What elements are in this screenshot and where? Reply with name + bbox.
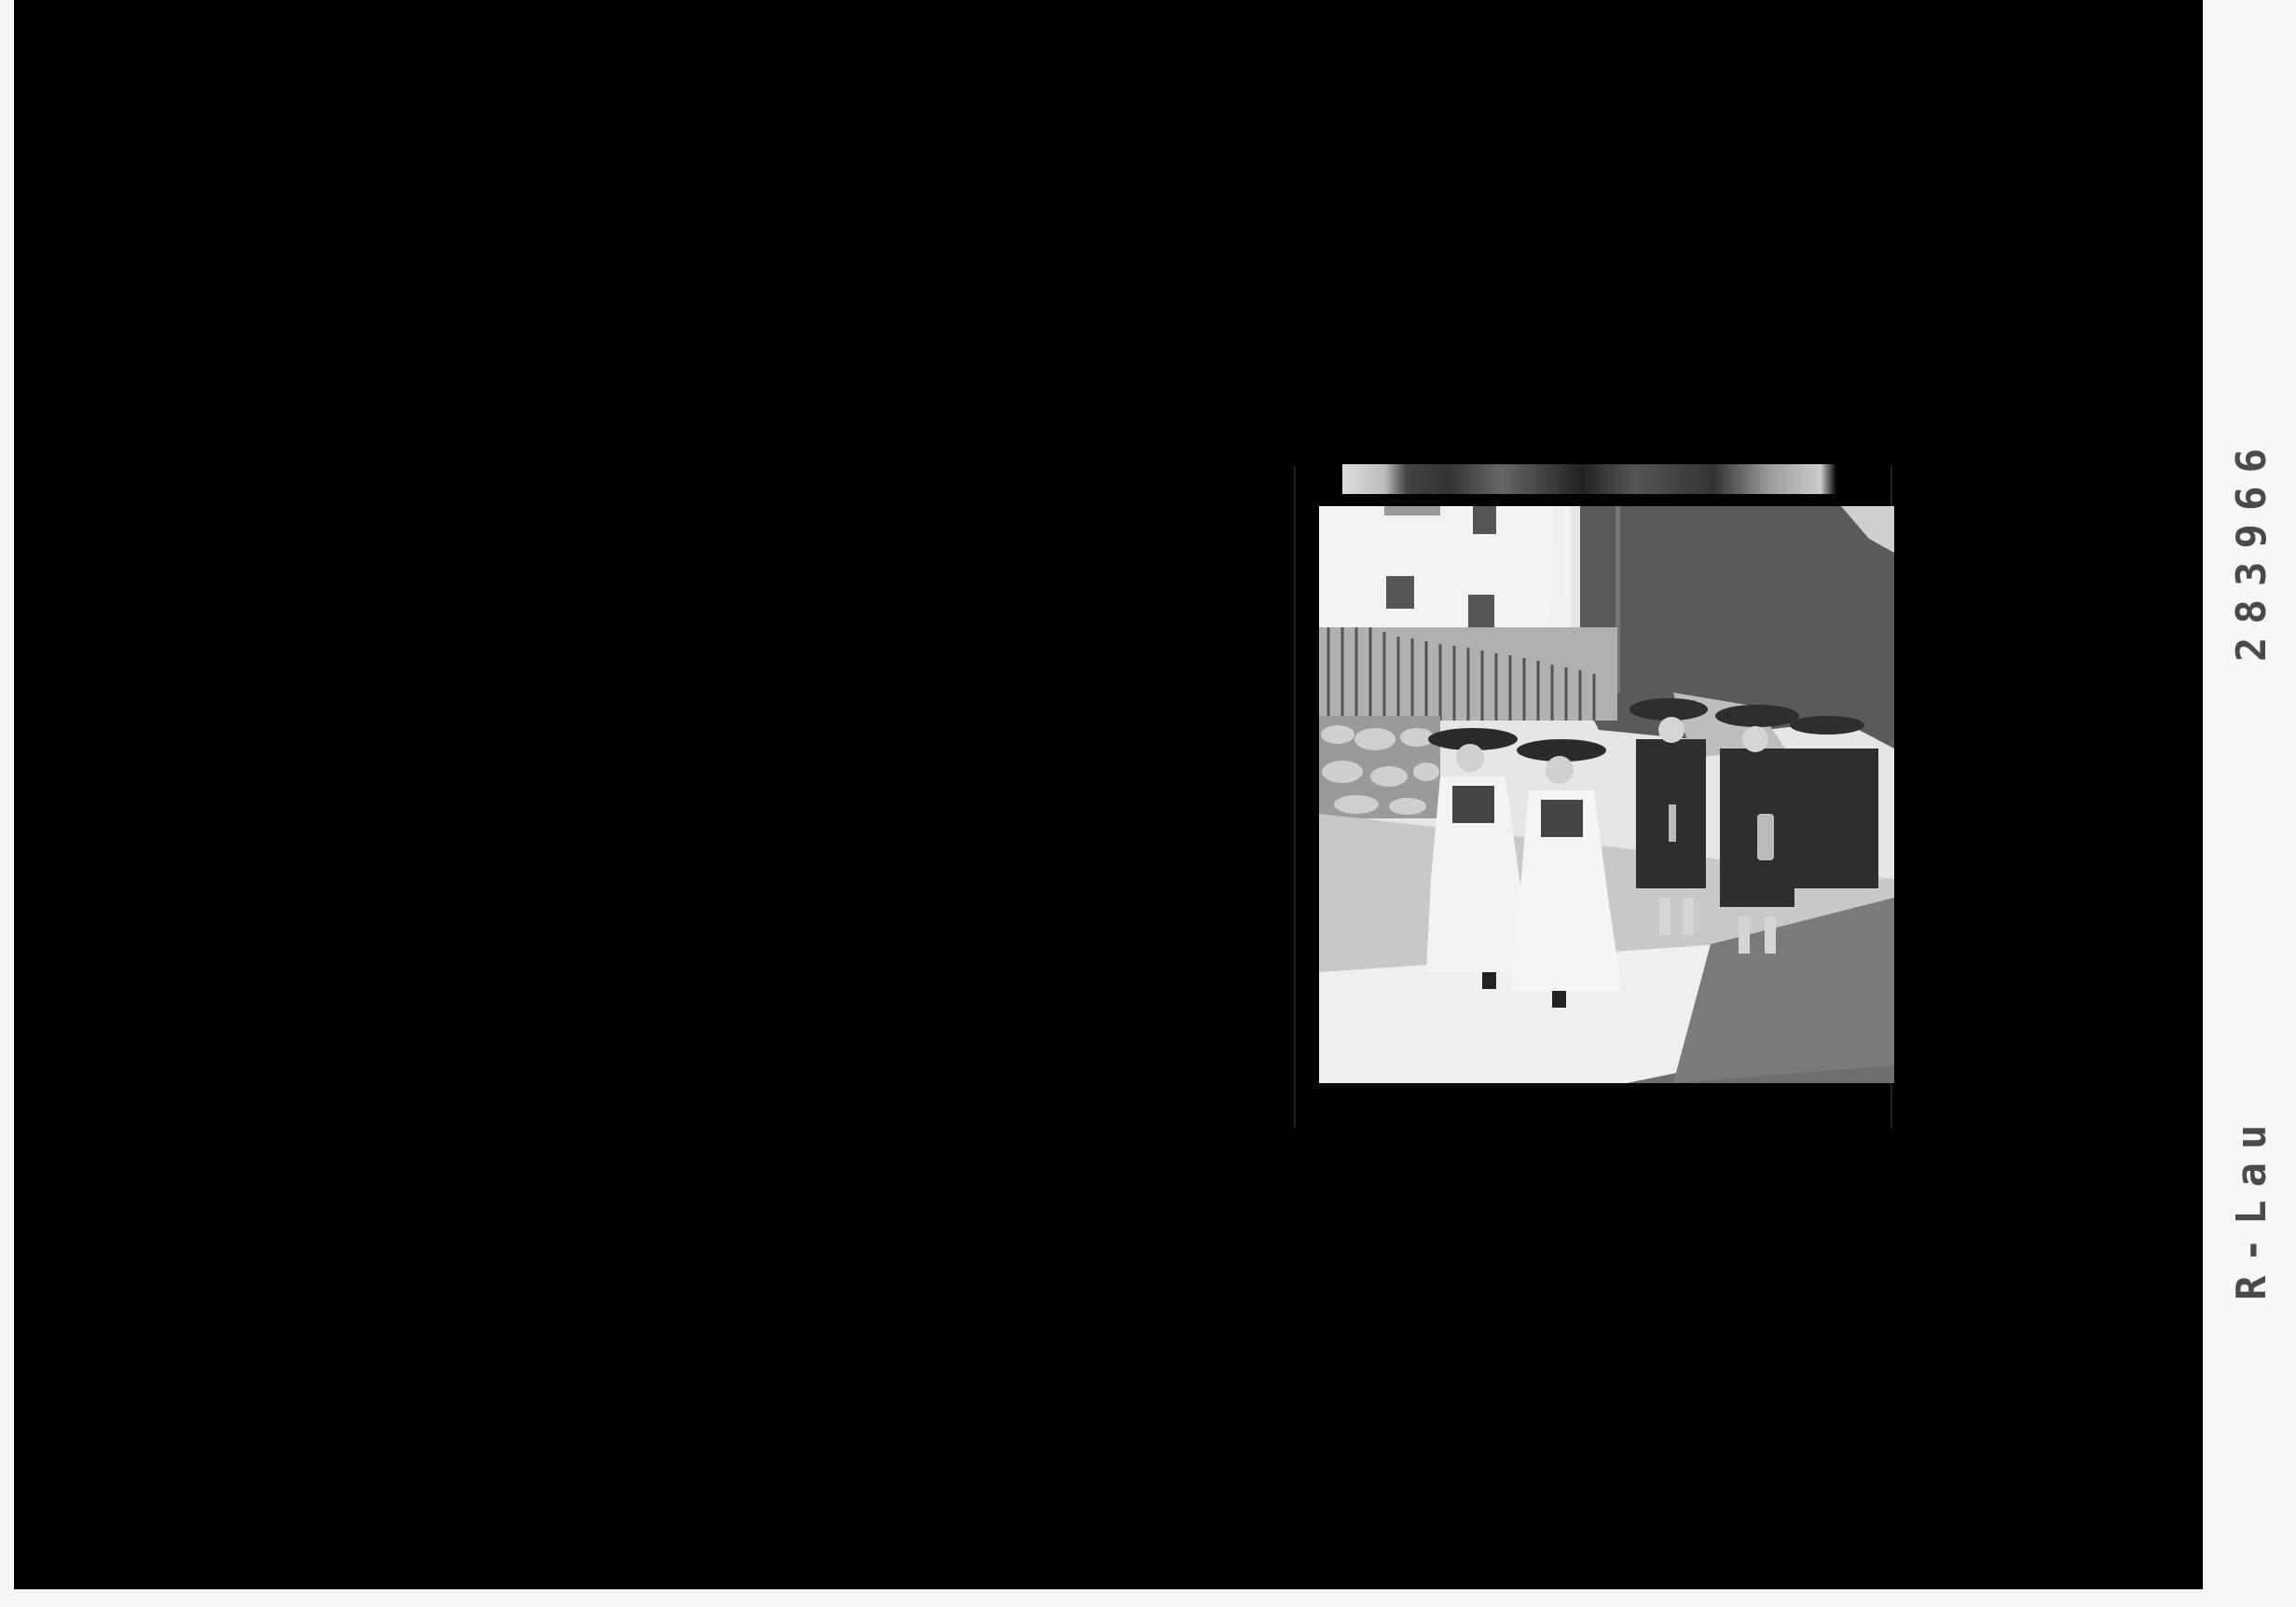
procession-photograph	[1319, 506, 1894, 1083]
frame-divider-left	[1294, 466, 1296, 1128]
film-edge-notch	[2177, 75, 2195, 130]
photo-scene	[1319, 506, 1894, 1083]
place-label: R-Lau	[2228, 1112, 2275, 1300]
archive-number-label: 283966	[2228, 435, 2275, 662]
adjacent-frame-edge	[1342, 464, 1874, 494]
